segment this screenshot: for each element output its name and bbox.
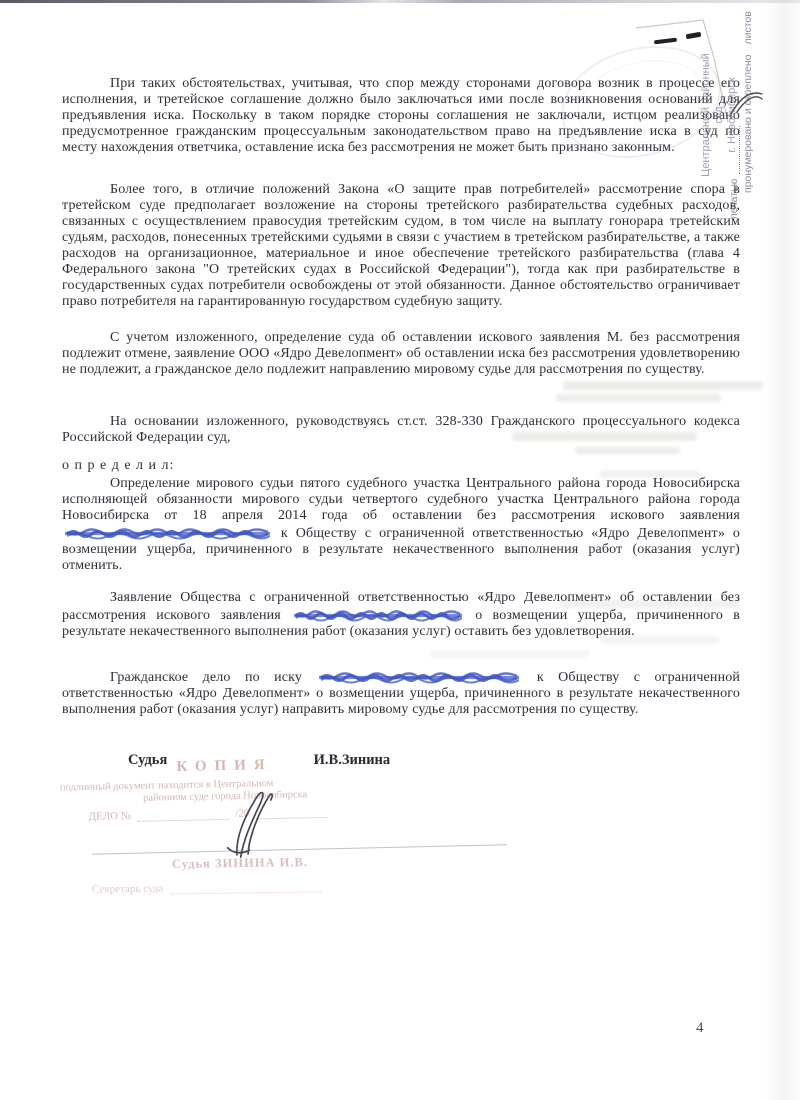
- binder-signature: [728, 86, 766, 118]
- copy-stamp-judge-line: Судья ЗИНИНА И.В.: [172, 855, 308, 872]
- secretary-label: Секретарь суда: [92, 883, 163, 896]
- scan-edge-artifact: [0, 0, 800, 3]
- ruling-1-text: Определение мирового судьи пятого судебн…: [62, 476, 740, 523]
- binding-stamp-line-2: печатью: [728, 117, 740, 219]
- ink-redaction: [65, 526, 270, 539]
- seal-text: печатью: [728, 179, 740, 219]
- blank-line: [729, 126, 740, 174]
- numbered-sealed-text: пронумеровано и скреплено: [742, 55, 754, 193]
- court-name: Центральный районный суд: [700, 45, 726, 185]
- bleed-through-artifact: [575, 447, 680, 454]
- paragraph-legal-basis: На основании изложенного, руководствуясь…: [62, 414, 740, 446]
- copy-stamp-secretary-line: Секретарь суда: [92, 880, 321, 895]
- ink-redaction: [294, 608, 462, 621]
- ink-redaction: [319, 670, 519, 683]
- case-number-label: ДЕЛО №: [88, 810, 131, 823]
- signature-line: [92, 844, 507, 854]
- staple-mark: [654, 38, 677, 45]
- ruling-heading: о п р е д е л и л:: [62, 458, 174, 474]
- blank-line: [137, 809, 229, 822]
- court-name-stamp-vertical: Центральный районный суд г. Новосибирск: [700, 45, 730, 185]
- paragraph-circumstances: При таких обстоятельствах, учитывая, что…: [62, 76, 740, 156]
- bleed-through-artifact: [430, 650, 590, 658]
- fold-shadow: [764, 0, 800, 1100]
- paragraph-conclusion: С учетом изложенного, определение суда о…: [62, 330, 740, 378]
- bleed-through-artifact: [556, 394, 721, 402]
- ruling-3-text: Гражданское дело по иску: [110, 670, 302, 685]
- page-number: 4: [696, 1020, 704, 1037]
- copy-stamp-title: КОПИЯ: [59, 755, 389, 779]
- sheets-text: листов: [742, 11, 754, 44]
- bleed-through-artifact: [563, 381, 763, 390]
- paragraph-ruling-2: Заявление Общества с ограниченной ответс…: [62, 590, 740, 640]
- paragraph-ruling-1: Определение мирового судьи пятого судебн…: [62, 476, 740, 574]
- staple-mark: [686, 32, 702, 40]
- document-page: При таких обстоятельствах, учитывая, что…: [0, 0, 800, 1100]
- blank-line: [171, 881, 321, 894]
- paragraph-consumer-law: Более того, в отличие положений Закона «…: [62, 182, 740, 310]
- paragraph-ruling-3: Гражданское дело по иску к Обществу с ог…: [62, 668, 740, 718]
